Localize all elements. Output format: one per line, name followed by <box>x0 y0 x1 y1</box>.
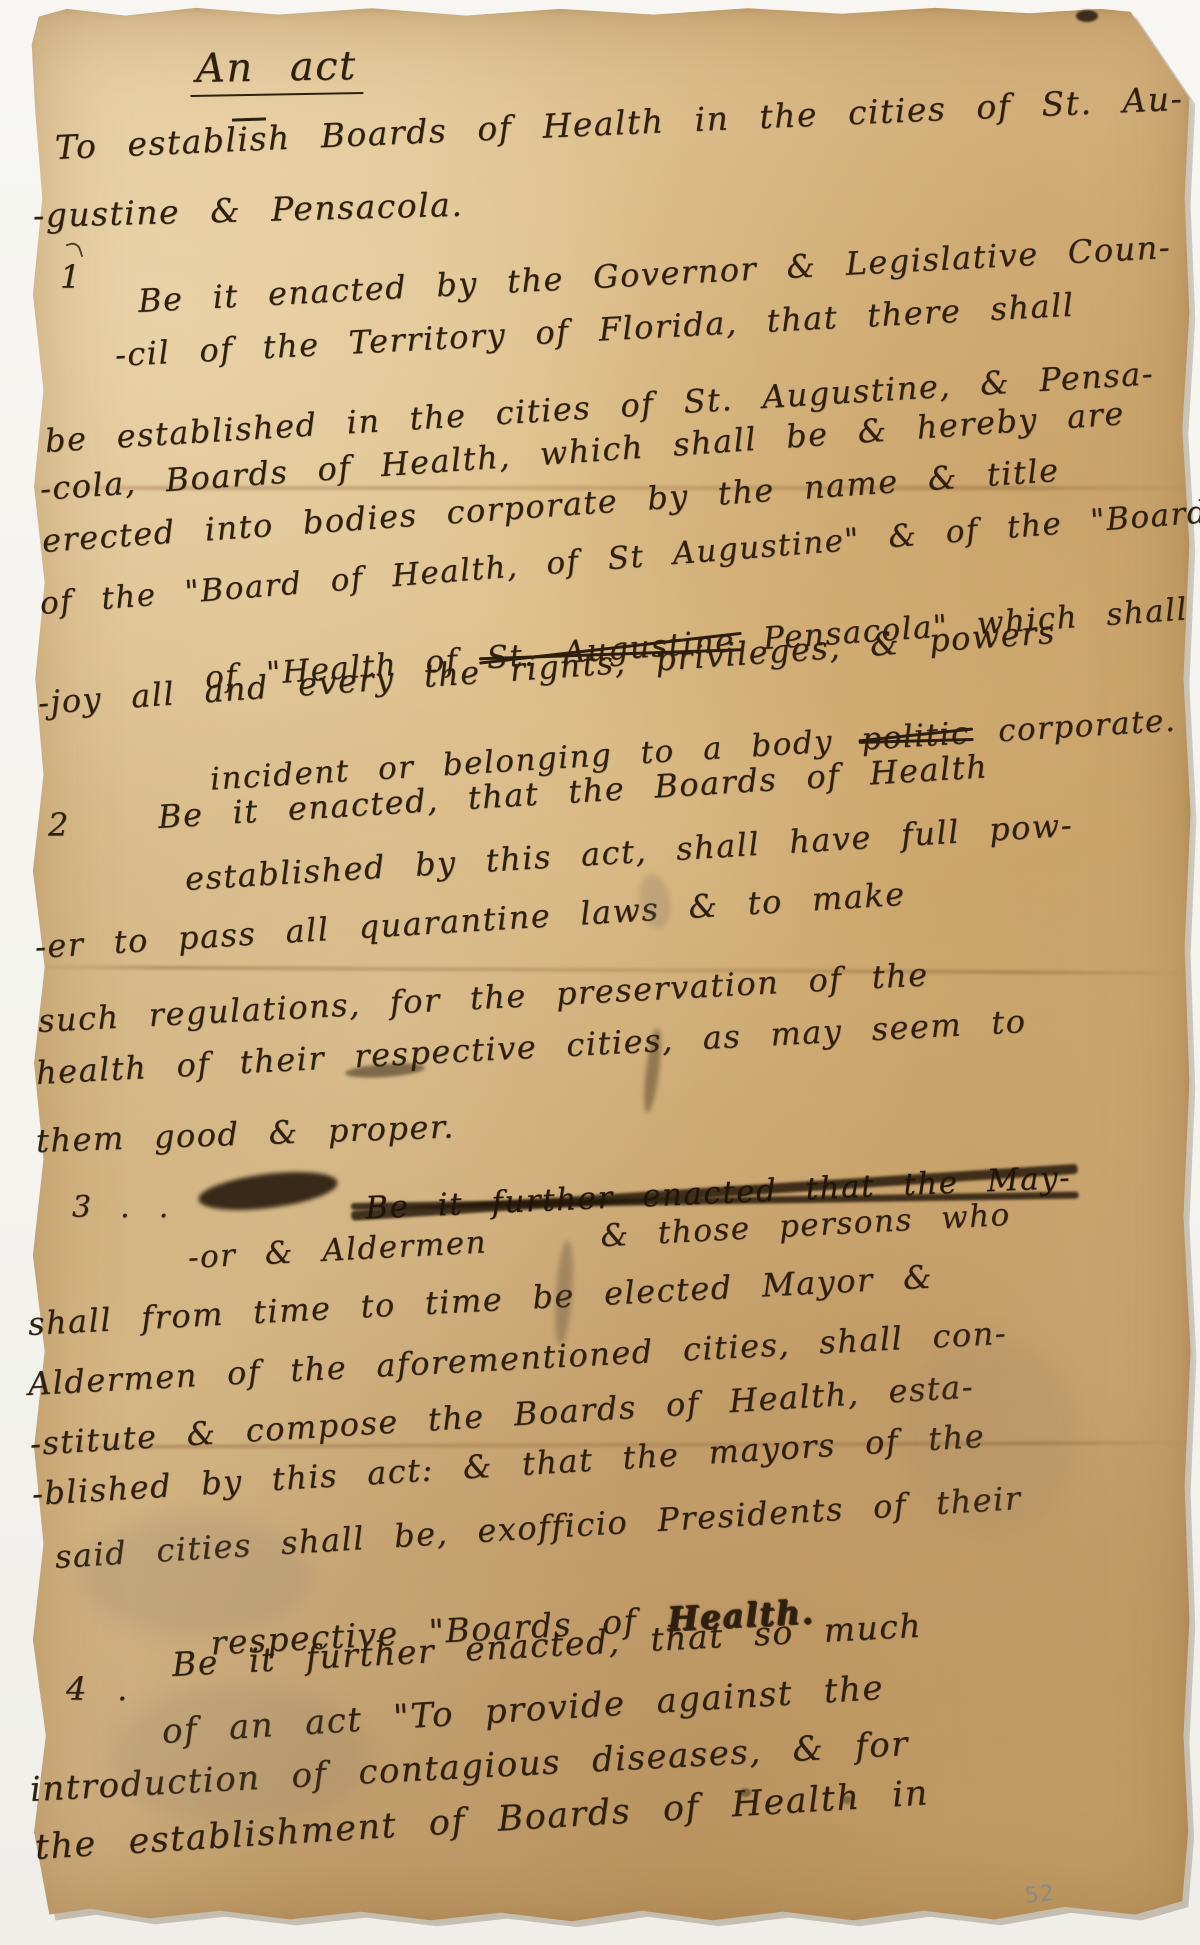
bleedthrough-smudge <box>80 1516 310 1636</box>
line-intro-2: -gustine & Pensacola. <box>32 185 463 235</box>
paper-speck <box>1076 10 1098 22</box>
section-2-number: 2 <box>48 806 70 844</box>
bleedthrough-smudge <box>110 1686 370 1826</box>
section-1-number: 1 <box>60 258 82 296</box>
scan-background: An act To establish Boards of Health in … <box>0 0 1200 1945</box>
manuscript-text-layer: An act To establish Boards of Health in … <box>20 6 1194 1928</box>
ink-dot <box>740 1788 751 1797</box>
document-title: An act <box>190 43 364 97</box>
section-4-number: 4 . <box>66 1670 129 1708</box>
line-s2-6: them good & proper. <box>35 1107 455 1160</box>
section-3-number: 3 . . <box>72 1190 170 1225</box>
line-s1-9-post: corporate. <box>969 703 1178 752</box>
page-number: 52 <box>1024 1881 1056 1909</box>
ink-dot <box>842 1796 852 1804</box>
bleedthrough-smudge <box>900 1336 1080 1536</box>
line-s2-3: -er to pass all quarantine laws & to mak… <box>34 875 907 966</box>
